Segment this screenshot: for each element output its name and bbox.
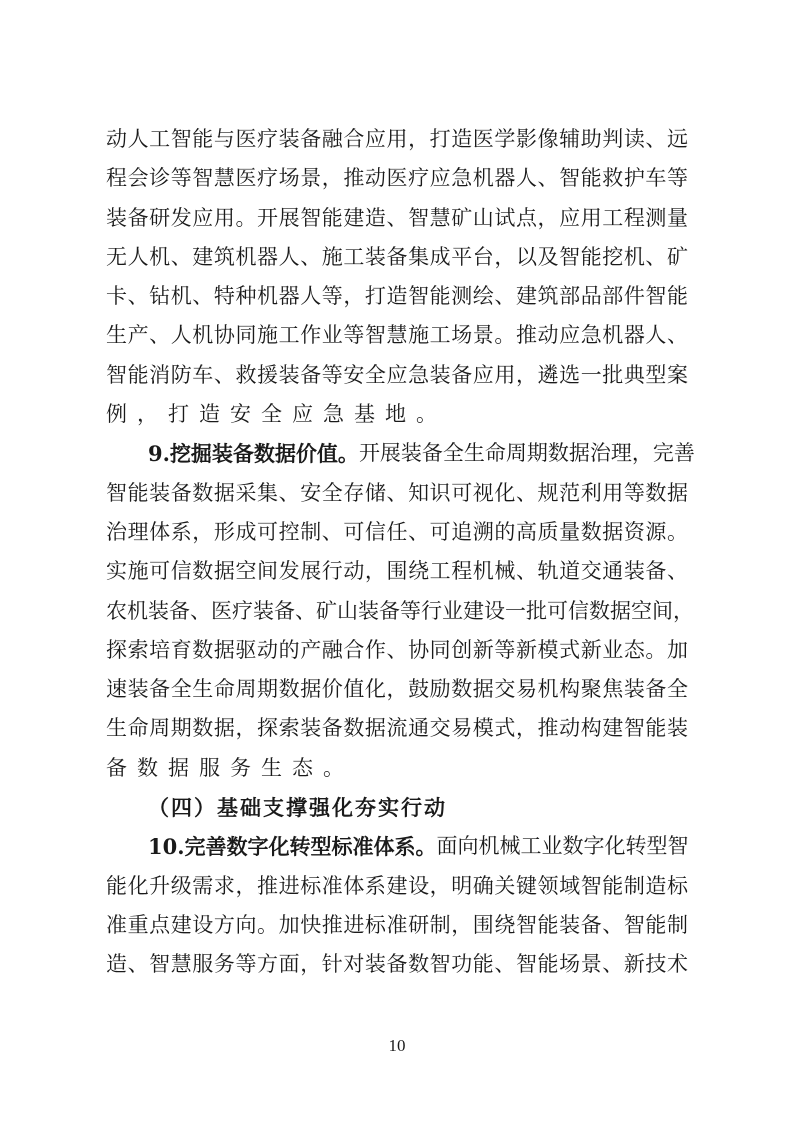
paragraph-line: 实施可信数据空间发展行动，围绕工程机械、轨道交通装备、 xyxy=(106,552,688,591)
line-text: 速装备全生命周期数据价值化，鼓励数据交易机构聚焦装备全 xyxy=(106,670,689,709)
paragraph-line: 装备研发应用。开展智能建造、智慧矿山试点，应用工程测量 xyxy=(106,199,688,238)
line-text: 准重点建设方向。加快推进标准研制，围绕智能装备、智能制 xyxy=(106,906,689,945)
paragraph-line: 例，打造安全应急基地。 xyxy=(106,395,688,434)
line-text: 造、智慧服务等方面，针对装备数智功能、智能场景、新技术 xyxy=(106,945,689,984)
line-text: 程会诊等智慧医疗场景，推动医疗应急机器人、智能救护车等 xyxy=(106,159,689,198)
paragraph-line: 生产、人机协同施工作业等智慧施工场景。推动应急机器人、 xyxy=(106,316,688,355)
line-text: 备数据服务生态。 xyxy=(106,749,354,788)
line-text: 智能装备数据采集、安全存储、知识可视化、规范利用等数据 xyxy=(106,474,689,513)
paragraph-line: 智能装备数据采集、安全存储、知识可视化、规范利用等数据 xyxy=(106,474,688,513)
body-text: 动人工智能与医疗装备融合应用，打造医学影像辅助判读、远 程会诊等智慧医疗场景，推… xyxy=(106,120,688,985)
paragraph-line: 速装备全生命周期数据价值化，鼓励数据交易机构聚焦装备全 xyxy=(106,670,688,709)
line-text: 智能消防车、救援装备等安全应急装备应用，遴选一批典型案 xyxy=(106,356,689,395)
line-text: 卡、钻机、特种机器人等，打造智能测绘、建筑部品部件智能 xyxy=(106,277,689,316)
line-text: 开展装备全生命周期数据治理，完善 xyxy=(359,434,695,473)
paragraph-line: 准重点建设方向。加快推进标准研制，围绕智能装备、智能制 xyxy=(106,906,688,945)
line-text: 生产、人机协同施工作业等智慧施工场景。推动应急机器人、 xyxy=(106,316,689,355)
line-text: 能化升级需求，推进标准体系建设，明确关键领域智能制造标 xyxy=(106,867,689,906)
line-text: 无人机、建筑机器人、施工装备集成平台，以及智能挖机、矿 xyxy=(106,238,689,277)
line-text: 实施可信数据空间发展行动，围绕工程机械、轨道交通装备、 xyxy=(106,552,689,591)
paragraph-line: 农机装备、医疗装备、矿山装备等行业建设一批可信数据空间， xyxy=(106,592,688,631)
line-text: 生命周期数据，探索装备数据流通交易模式，推动构建智能装 xyxy=(106,709,689,748)
item-10-title: 10.完善数字化转型标准体系。 xyxy=(148,827,437,866)
paragraph-line: 能化升级需求，推进标准体系建设，明确关键领域智能制造标 xyxy=(106,867,688,906)
line-text: 农机装备、医疗装备、矿山装备等行业建设一批可信数据空间， xyxy=(106,592,694,631)
paragraph-line: 无人机、建筑机器人、施工装备集成平台，以及智能挖机、矿 xyxy=(106,238,688,277)
section-4-heading: （四）基础支撑强化夯实行动 xyxy=(148,788,447,827)
line-text: 装备研发应用。开展智能建造、智慧矿山试点，应用工程测量 xyxy=(106,199,689,238)
item-10-first-line: 10.完善数字化转型标准体系。 面向机械工业数字化转型智 xyxy=(106,827,688,866)
paragraph-line: 生命周期数据，探索装备数据流通交易模式，推动构建智能装 xyxy=(106,709,688,748)
paragraph-line: 智能消防车、救援装备等安全应急装备应用，遴选一批典型案 xyxy=(106,356,688,395)
page-number: 10 xyxy=(0,1036,794,1056)
line-text: 例，打造安全应急基地。 xyxy=(106,395,447,434)
paragraph-line: 动人工智能与医疗装备融合应用，打造医学影像辅助判读、远 xyxy=(106,120,688,159)
paragraph-line: 备数据服务生态。 xyxy=(106,749,688,788)
paragraph-line: 探索培育数据驱动的产融合作、协同创新等新模式新业态。加 xyxy=(106,631,688,670)
paragraph-line: 程会诊等智慧医疗场景，推动医疗应急机器人、智能救护车等 xyxy=(106,159,688,198)
line-text: 动人工智能与医疗装备融合应用，打造医学影像辅助判读、远 xyxy=(106,120,689,159)
line-text: 面向机械工业数字化转型智 xyxy=(437,827,689,866)
paragraph-line: 卡、钻机、特种机器人等，打造智能测绘、建筑部品部件智能 xyxy=(106,277,688,316)
item-9-first-line: 9.挖掘装备数据价值。 开展装备全生命周期数据治理，完善 xyxy=(106,434,688,473)
paragraph-line: 治理体系，形成可控制、可信任、可追溯的高质量数据资源。 xyxy=(106,513,688,552)
line-text: 探索培育数据驱动的产融合作、协同创新等新模式新业态。加 xyxy=(106,631,689,670)
paragraph-line: 造、智慧服务等方面，针对装备数智功能、智能场景、新技术 xyxy=(106,945,688,984)
item-9-title: 9.挖掘装备数据价值。 xyxy=(148,434,359,473)
section-heading: （四）基础支撑强化夯实行动 xyxy=(106,788,688,827)
document-page: 动人工智能与医疗装备融合应用，打造医学影像辅助判读、远 程会诊等智慧医疗场景，推… xyxy=(0,0,794,1123)
line-text: 治理体系，形成可控制、可信任、可追溯的高质量数据资源。 xyxy=(106,513,689,552)
